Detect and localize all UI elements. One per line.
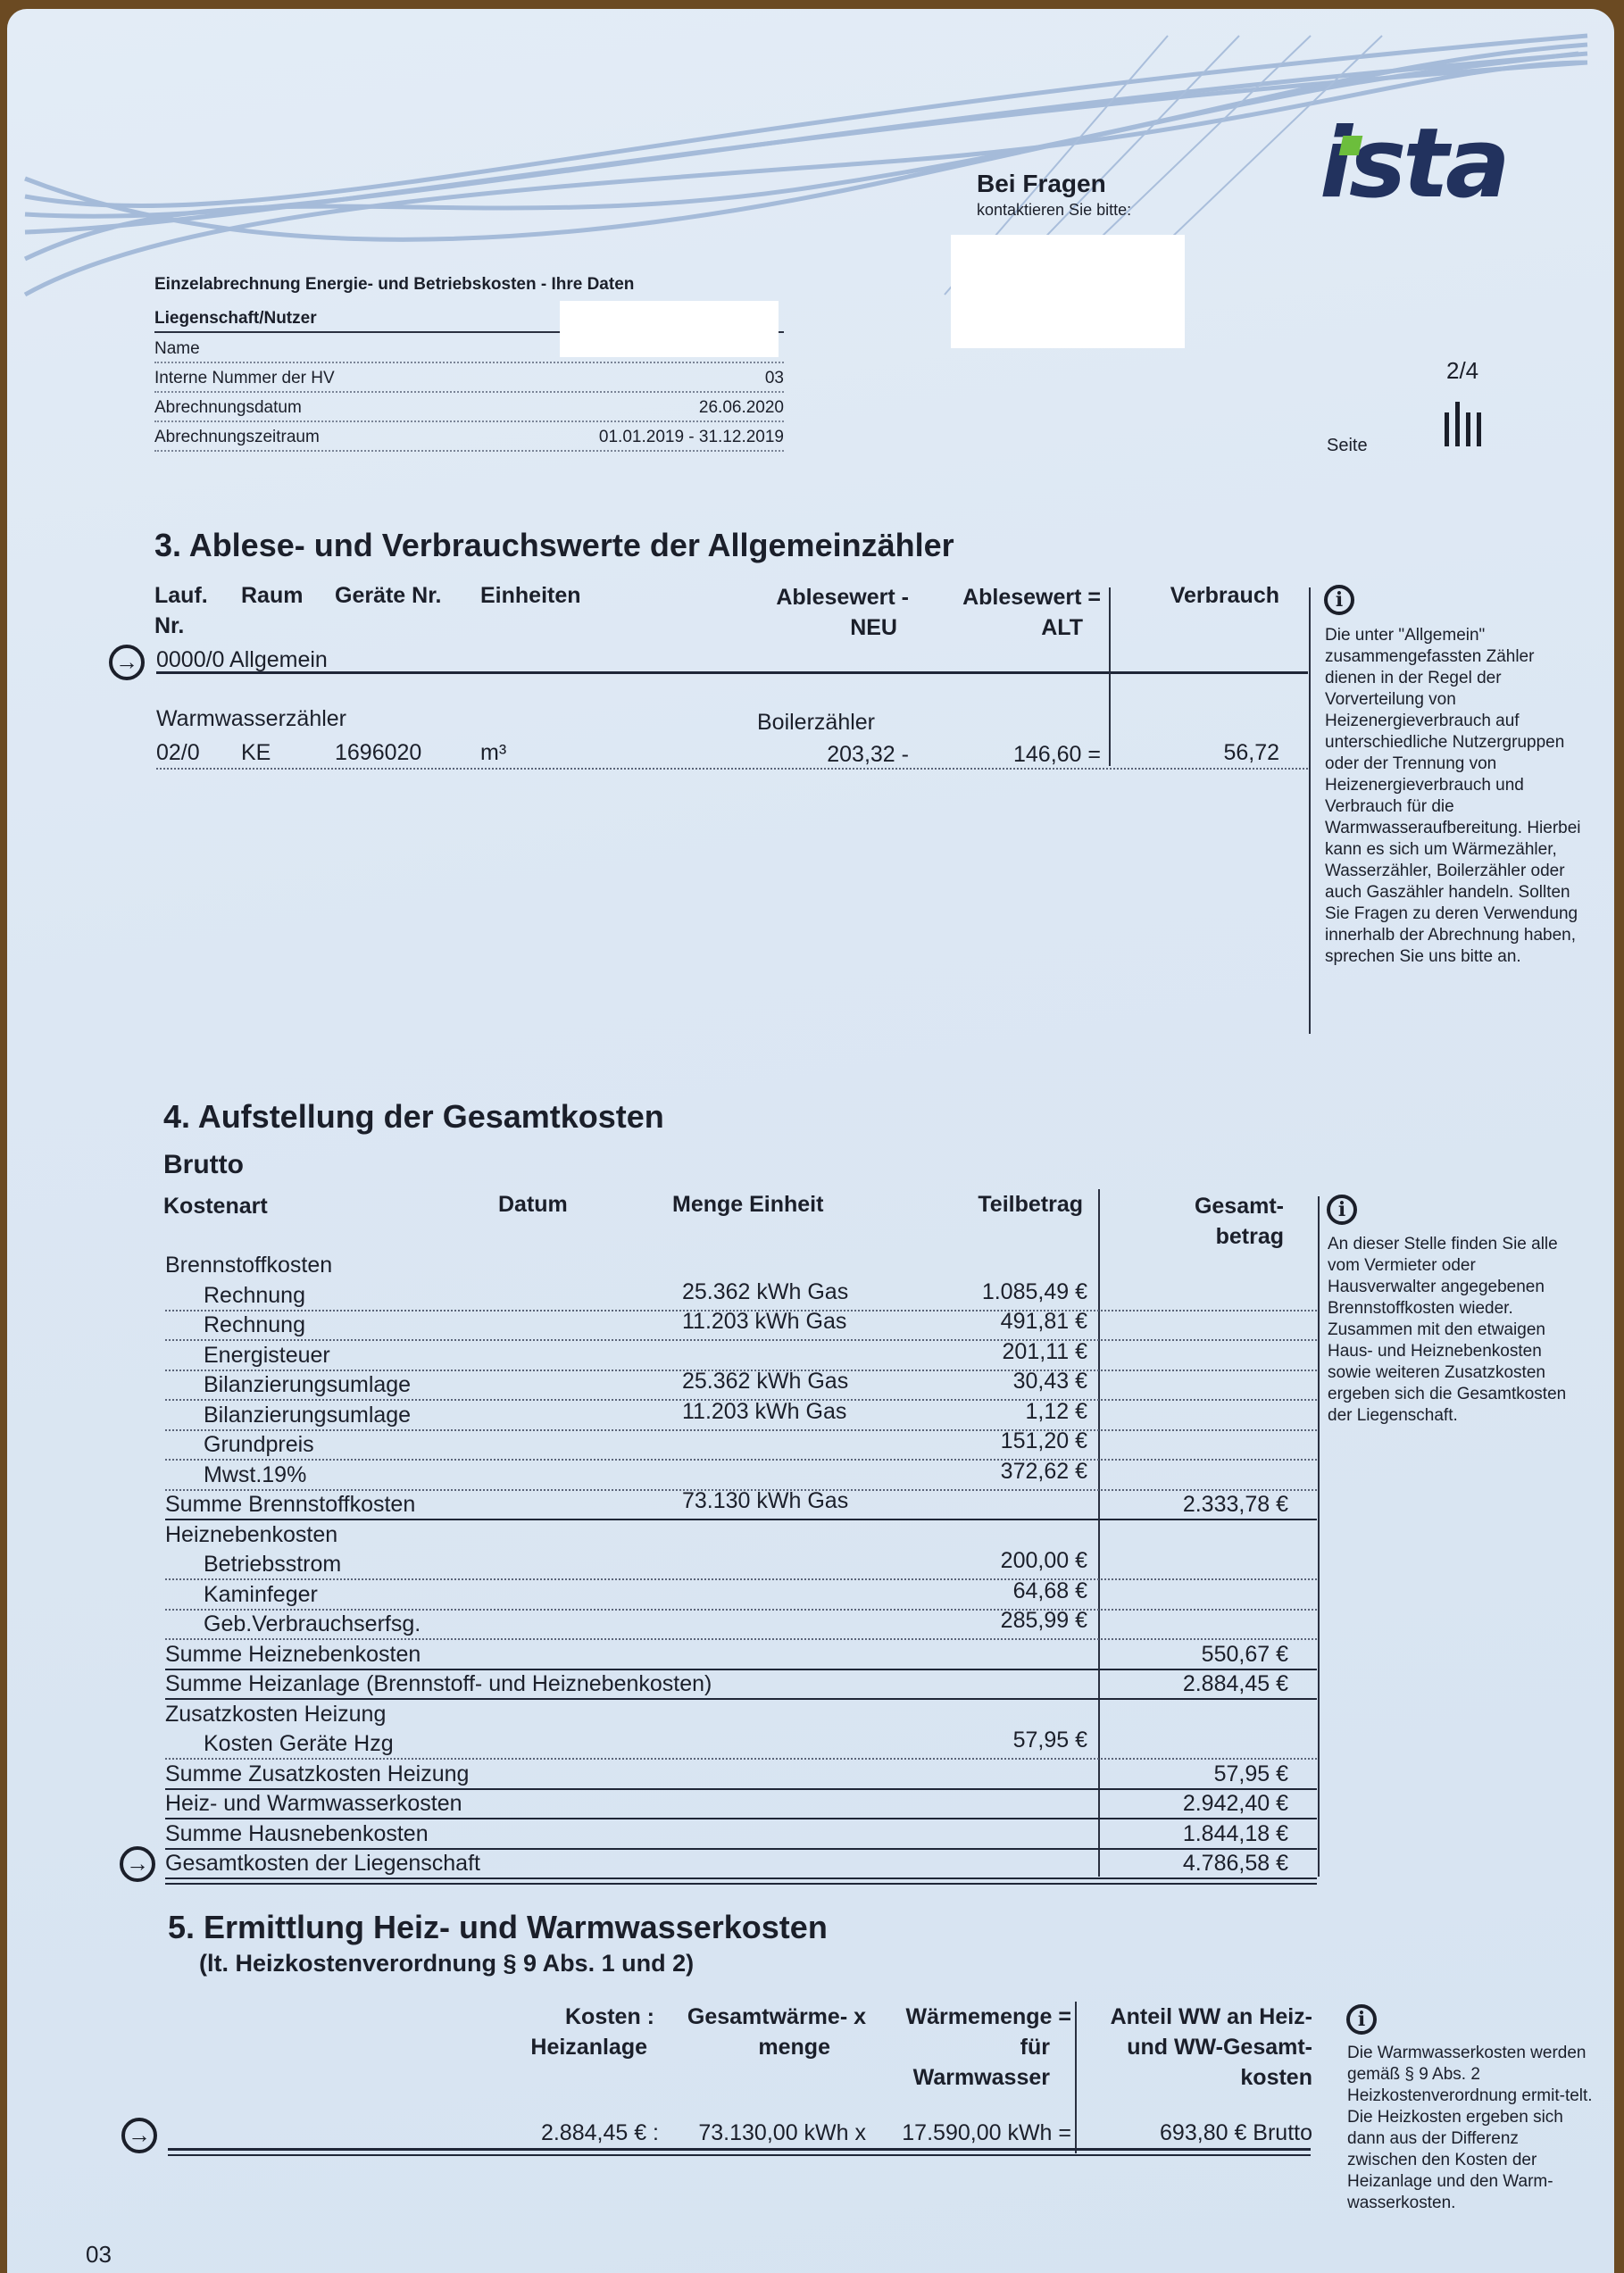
cost-row-label: Rechnung	[204, 1282, 305, 1309]
col-geraete: Geräte Nr.	[335, 580, 442, 611]
cost-row-menge: 73.130 kWh Gas	[682, 1487, 848, 1514]
col-anteil-sub2: kosten	[1079, 2062, 1312, 2093]
meter-raum: KE	[241, 739, 271, 766]
cost-row-teilbetrag: 1.085,49 €	[900, 1278, 1087, 1305]
divider	[168, 2154, 1311, 2156]
cost-row-label: Summe Brennstoffkosten	[165, 1491, 415, 1518]
cost-row-label: Gesamtkosten der Liegenschaft	[165, 1850, 480, 1877]
cost-row-label: Bilanzierungsumlage	[204, 1371, 411, 1398]
info-text-section3: Die unter "Allgemein" zusammengefassten …	[1325, 625, 1584, 968]
arrow-right-circle-icon: →	[109, 645, 145, 680]
cost-row-teilbetrag: 201,11 €	[900, 1338, 1087, 1365]
group-label: 0000/0 Allgemein	[156, 646, 328, 673]
cost-row-label: Heiznebenkosten	[165, 1521, 337, 1548]
info-text-section5: Die Warmwasserkosten werden gemäß § 9 Ab…	[1347, 2043, 1593, 2214]
row-divider	[165, 1519, 1317, 1520]
value-waermemenge: 17.590,00 kWh =	[873, 2119, 1071, 2146]
arrow-right-circle-icon: →	[120, 1846, 155, 1882]
col-anteil-sub: und WW-Gesamt-	[1079, 2032, 1312, 2062]
logo-accent	[1339, 136, 1363, 155]
field-interne-nummer: Interne Nummer der HV03	[154, 360, 784, 393]
col-menge: Menge Einheit	[672, 1189, 823, 1220]
cost-row-label: Zusatzkosten Heizung	[165, 1701, 386, 1728]
cost-row-label: Energisteuer	[204, 1342, 330, 1369]
section5-subtitle: (lt. Heizkostenverordnung § 9 Abs. 1 und…	[199, 1948, 694, 1978]
col-teilbetrag: Teilbetrag	[900, 1189, 1083, 1220]
cost-row-label: Brennstoffkosten	[165, 1252, 332, 1278]
cost-row-teilbetrag: 1,12 €	[900, 1398, 1087, 1425]
col-waermemenge: Wärmemenge =	[873, 2002, 1071, 2032]
cost-row-gesamtbetrag: 550,67 €	[1114, 1641, 1288, 1668]
info-text-section4: An dieser Stelle finden Sie alle vom Ver…	[1328, 1234, 1587, 1427]
divider	[168, 2148, 1311, 2151]
col-raum: Raum	[241, 580, 303, 611]
row-divider	[165, 1459, 1317, 1461]
value-anteil: 693,80 € Brutto	[1079, 2119, 1312, 2146]
row-divider	[165, 1883, 1317, 1885]
meter-alt: 146,60 =	[909, 741, 1101, 768]
info-circle-icon: i	[1324, 585, 1354, 615]
col-kosten-sub: Heizanlage	[471, 2032, 647, 2062]
column-divider	[1075, 2002, 1077, 2153]
cost-row-teilbetrag: 491,81 €	[900, 1308, 1087, 1335]
column-divider	[1318, 1196, 1320, 1877]
column-divider	[1098, 1189, 1100, 1877]
footer-code: 03	[86, 2241, 112, 2269]
cost-row-label: Betriebsstrom	[204, 1551, 341, 1578]
meter-verbrauch: 56,72	[1114, 739, 1279, 766]
column-divider	[1309, 587, 1311, 1034]
page-number: 2/4	[1446, 357, 1478, 385]
cost-row-label: Summe Heizanlage (Brennstoff- und Heizne…	[165, 1670, 712, 1697]
cost-row-label: Mwst.19%	[204, 1461, 306, 1488]
row-divider	[165, 1878, 1317, 1879]
field-label: Name	[154, 339, 200, 359]
col-ablese-alt-sub: ALT	[909, 612, 1083, 643]
value-gesamtwaerme: 73.130,00 kWh x	[659, 2119, 866, 2146]
cost-row-label: Summe Heiznebenkosten	[165, 1641, 421, 1668]
cost-row-gesamtbetrag: 2.942,40 €	[1114, 1790, 1288, 1817]
logo-text: ista	[1320, 108, 1507, 220]
cost-row-label: Kaminfeger	[204, 1581, 318, 1608]
cost-row-teilbetrag: 64,68 €	[900, 1578, 1087, 1604]
meter-neu: 203,32 -	[721, 741, 909, 768]
col-gesamt-sub: betrag	[1114, 1221, 1284, 1252]
cost-row-menge: 11.203 kWh Gas	[682, 1308, 846, 1335]
cost-row-gesamtbetrag: 2.333,78 €	[1114, 1491, 1288, 1518]
field-label: Abrechnungsdatum	[154, 398, 302, 418]
field-value: 26.06.2020	[699, 398, 784, 418]
col-kostenart: Kostenart	[163, 1191, 268, 1221]
col-datum: Datum	[498, 1189, 568, 1220]
col-verbrauch: Verbrauch	[1114, 580, 1279, 611]
column-divider	[1109, 587, 1111, 766]
col-einheiten: Einheiten	[480, 580, 581, 611]
field-value: 01.01.2019 - 31.12.2019	[599, 428, 784, 447]
section4-subtitle: Brutto	[163, 1150, 244, 1180]
cost-row-label: Bilanzierungsumlage	[204, 1402, 411, 1428]
cost-row-gesamtbetrag: 57,95 €	[1114, 1761, 1288, 1787]
contact-subtitle: kontaktieren Sie bitte:	[977, 201, 1131, 220]
meter-geraete-nr: 1696020	[335, 739, 421, 766]
col-gesamt: Gesamt-	[1114, 1191, 1284, 1221]
cost-row-gesamtbetrag: 1.844,18 €	[1114, 1820, 1288, 1847]
info-circle-icon: i	[1346, 2004, 1377, 2035]
col-gesamtwaerme-sub: menge	[659, 2032, 830, 2062]
redacted-contact	[951, 235, 1185, 348]
field-label: Interne Nummer der HV	[154, 369, 335, 388]
header-title: Einzelabrechnung Energie- und Betriebsko…	[154, 275, 634, 295]
cost-row-teilbetrag: 285,99 €	[900, 1607, 1087, 1634]
cost-row-menge: 25.362 kWh Gas	[682, 1368, 848, 1395]
col-waermemenge-sub: für	[873, 2032, 1050, 2062]
page-barcode-icon	[1445, 402, 1481, 446]
section3-title: 3. Ablese- und Verbrauchswerte der Allge…	[154, 527, 954, 564]
cost-row-label: Rechnung	[204, 1311, 305, 1338]
cost-row-gesamtbetrag: 4.786,58 €	[1114, 1850, 1288, 1877]
divider	[156, 768, 1308, 770]
meter-subtype: Boilerzähler	[757, 709, 875, 736]
cost-row-label: Summe Hausnebenkosten	[165, 1820, 429, 1847]
field-abrechnungsdatum: Abrechnungsdatum26.06.2020	[154, 389, 784, 422]
cost-row-teilbetrag: 30,43 €	[900, 1368, 1087, 1395]
row-divider	[165, 1578, 1317, 1580]
cost-row-label: Geb.Verbrauchserfsg.	[204, 1611, 421, 1637]
meter-type: Warmwasserzähler	[156, 705, 346, 732]
section4-title: 4. Aufstellung der Gesamtkosten	[163, 1098, 664, 1136]
page-label: Seite	[1327, 436, 1368, 456]
col-anteil: Anteil WW an Heiz-	[1079, 2002, 1312, 2032]
ista-logo: ista	[1320, 116, 1507, 212]
col-ablese-neu-sub: NEU	[721, 612, 897, 643]
cost-row-label: Grundpreis	[204, 1431, 314, 1458]
col-ablese-alt: Ablesewert =	[909, 582, 1101, 612]
col-kosten: Kosten :	[471, 2002, 654, 2032]
divider	[156, 671, 1308, 674]
cost-row-teilbetrag: 372,62 €	[900, 1458, 1087, 1485]
row-divider	[165, 1339, 1317, 1341]
cost-row-label: Heiz- und Warmwasserkosten	[165, 1790, 462, 1817]
field-label: Liegenschaft/Nutzer	[154, 309, 317, 329]
cost-row-teilbetrag: 57,95 €	[900, 1727, 1087, 1753]
col-waermemenge-sub2: Warmwasser	[873, 2062, 1050, 2093]
meter-lauf-nr: 02/0	[156, 739, 200, 766]
field-label: Abrechnungszeitraum	[154, 428, 320, 447]
arrow-right-circle-icon: →	[121, 2118, 157, 2153]
field-abrechnungszeitraum: Abrechnungszeitraum01.01.2019 - 31.12.20…	[154, 419, 784, 452]
cost-row-label: Summe Zusatzkosten Heizung	[165, 1761, 469, 1787]
field-value: 03	[765, 369, 784, 388]
redacted-name	[560, 301, 779, 357]
document-page: ista Bei Fragen kontaktieren Sie bitte: …	[7, 9, 1614, 2273]
cost-row-menge: 11.203 kWh Gas	[682, 1398, 846, 1425]
contact-title: Bei Fragen	[977, 170, 1106, 198]
col-gesamtwaerme: Gesamtwärme- x	[659, 2002, 866, 2032]
meter-einheit: m³	[480, 739, 506, 766]
value-kosten: 2.884,45 € :	[471, 2119, 659, 2146]
col-ablese-neu: Ablesewert -	[721, 582, 909, 612]
info-circle-icon: i	[1327, 1195, 1357, 1225]
row-divider	[165, 1429, 1317, 1431]
col-lauf: Lauf.	[154, 580, 208, 611]
cost-row-gesamtbetrag: 2.884,45 €	[1114, 1670, 1288, 1697]
section5-title: 5. Ermittlung Heiz- und Warmwasserkosten	[168, 1909, 828, 1946]
cost-row-teilbetrag: 151,20 €	[900, 1428, 1087, 1454]
col-nr: Nr.	[154, 611, 184, 641]
cost-row-label: Kosten Geräte Hzg	[204, 1730, 394, 1757]
cost-row-teilbetrag: 200,00 €	[900, 1547, 1087, 1574]
cost-row-menge: 25.362 kWh Gas	[682, 1278, 848, 1305]
